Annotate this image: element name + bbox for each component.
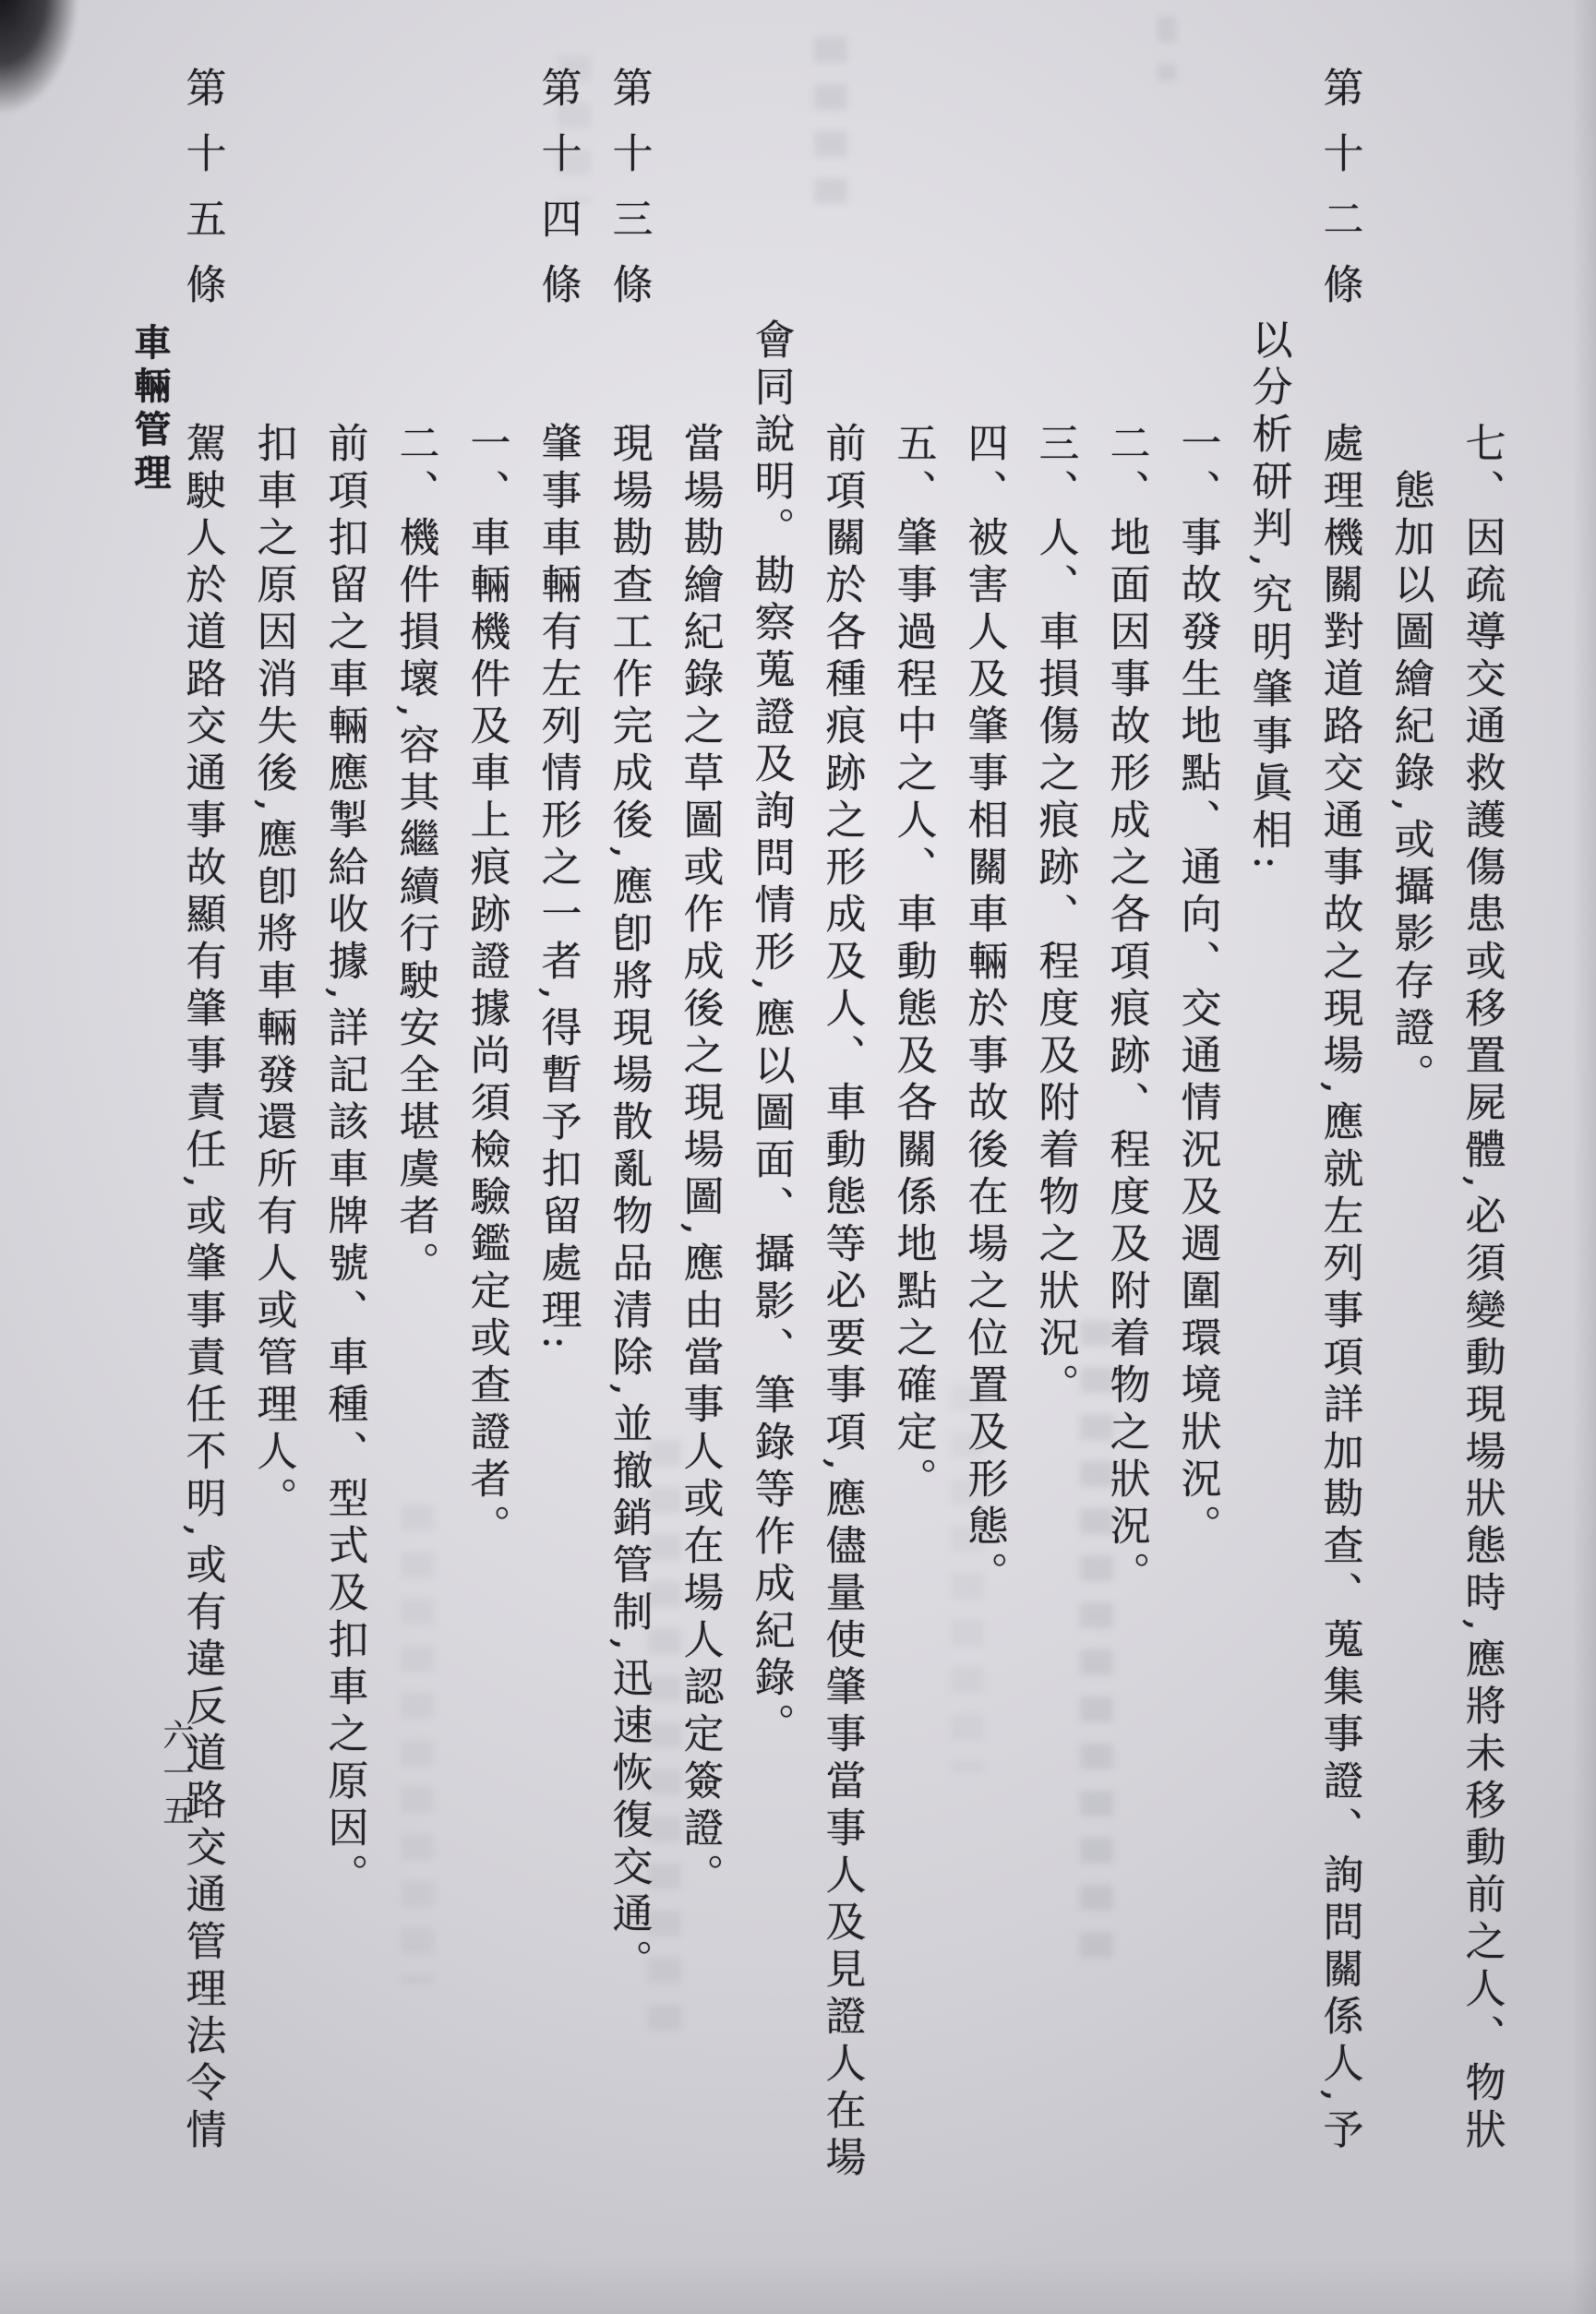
text-column: 前項扣留之車輛應掣給收據,詳記該車牌號、車種、型式及扣車之原因。 <box>309 422 380 1900</box>
article-header: 第十四條 <box>522 66 594 329</box>
bleed-through-smudge <box>401 1505 434 1984</box>
bleed-through-smudge <box>814 37 847 222</box>
page-number: 六一五 <box>139 1719 210 1832</box>
text-column: 二、機件損壞,容其繼續行駛安全堪虞者。 <box>380 422 451 1289</box>
text-column: 三、人、車損傷之痕跡、程度及附着物之狀況。 <box>1020 422 1091 1410</box>
article-header: 第十三條 <box>594 66 665 329</box>
text-column: 前項關於各種痕跡之形成及人、車動態等必要事項,應儘量使肇事當事人及見證人在場 <box>807 422 878 2183</box>
text-column: 現場勘查工作完成後,應卽將現場散亂物品清除,並撤銷管制,迅速恢復交通。 <box>594 422 665 1986</box>
text-column: 肇事車輛有左列情形之一者,得暫予扣留處理: <box>522 422 594 1356</box>
text-column: 駕駛人於道路交通事故顯有肇事責任,或肇事責任不明,或有違反道路交通管理法令情 <box>167 422 238 2155</box>
text-column: 一、車輛機件及車上痕跡證據尚須檢驗鑑定或查證者。 <box>451 422 522 1552</box>
scan-corner-artifact <box>0 0 79 115</box>
text-column: 態加以圖繪紀錄,或攝影存證。 <box>1375 469 1446 1100</box>
text-column: 會同說明。勘察蒐證及詢問情形,應以圖面、攝影、筆錄等作成紀錄。 <box>736 318 807 1750</box>
scan-edge-shadow <box>0 2259 1596 2314</box>
text-column: 當場勘繪紀錄之草圖或作成後之現場圖,應由當事人或在場人認定簽證。 <box>665 422 736 1900</box>
text-column: 扣車之原因消失後,應卽將車輛發還所有人或管理人。 <box>238 422 309 1524</box>
text-column: 處理機關對道路交通事故之現場,應就左列事項詳加勘查、蒐集事證、詢問關係人,予 <box>1304 422 1375 2155</box>
text-column: 五、肇事過程中之人、車動態及各關係地點之確定。 <box>878 422 949 1505</box>
article-header: 第十五條 <box>167 66 238 329</box>
scanned-page: 七、因疏導交通救護傷患或移置屍體,必須變動現場狀態時,應將未移動前之人、物狀態加… <box>0 0 1596 2314</box>
text-column: 七、因疏導交通救護傷患或移置屍體,必須變動現場狀態時,應將未移動前之人、物狀 <box>1446 422 1518 2155</box>
bleed-through-smudge <box>1158 17 1176 81</box>
text-column: 一、事故發生地點、通向、交通情況及週圍環境狀況。 <box>1162 422 1233 1552</box>
text-column: 二、地面因事故形成之各項痕跡、程度及附着物之狀況。 <box>1091 422 1162 1599</box>
running-title: 車輛管理 <box>114 323 186 497</box>
scan-edge-shadow <box>1572 0 1596 2314</box>
text-column: 以分析研判,究明肇事眞相: <box>1233 318 1304 876</box>
article-header: 第十二條 <box>1304 66 1375 329</box>
text-column: 四、被害人及肇事相關車輛於事故後在場之位置及形態。 <box>949 422 1020 1599</box>
